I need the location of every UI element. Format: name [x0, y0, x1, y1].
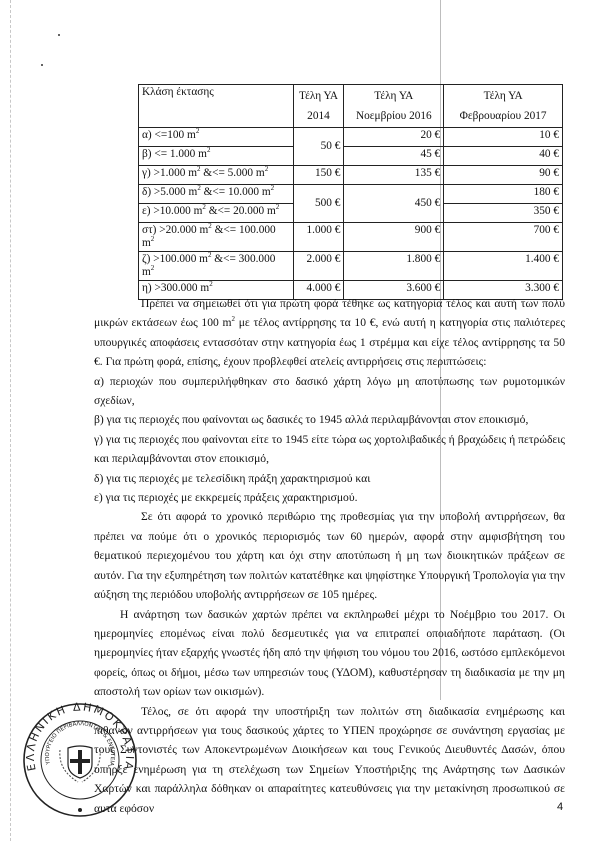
- cell-ya-2014: 1.000 €: [293, 223, 344, 252]
- list-item: ε) για τις περιοχές με εκκρεμείς πράξεις…: [94, 488, 565, 507]
- scan-edge-line: [10, 0, 11, 841]
- table-row: δ) >5.000 m2 &<= 10.000 m2 500 € 450 € 1…: [139, 185, 563, 204]
- header-ya-2014: Τέλη ΥΑ 2014: [293, 85, 344, 128]
- cell-class: α) <=100 m2: [139, 128, 294, 147]
- table-row: γ) >1.000 m2 &<= 5.000 m2 150 € 135 € 90…: [139, 166, 563, 185]
- table-row: στ) >20.000 m2 &<= 100.000 m2 1.000 € 90…: [139, 223, 563, 252]
- scan-speck: [58, 34, 60, 36]
- cell-ya-feb-2017: 700 €: [444, 223, 563, 252]
- official-stamp-icon: ΕΛΛΗΝΙΚΗ ΔΗΜΟΚΡΑΤΙΑ ΥΠΟΥΡΓΕΙΟ ΠΕΡΙΒΑΛΛΟΝ…: [20, 700, 140, 820]
- table-row: ζ) >100.000 m2 &<= 300.000 m2 2.000 € 1.…: [139, 252, 563, 281]
- cell-ya-2014: 2.000 €: [293, 252, 344, 281]
- list-item: β) για τις περιοχές που φαίνονται ως δασ…: [94, 410, 565, 429]
- cell-class: στ) >20.000 m2 &<= 100.000 m2: [139, 223, 294, 252]
- cell-ya-feb-2017: 180 €: [444, 185, 563, 204]
- fee-table-header-row: Κλάση έκτασης Τέλη ΥΑ 2014 Τέλη ΥΑ Νοεμβ…: [139, 85, 563, 128]
- header-ya-feb-2017: Τέλη ΥΑ Φεβρουαρίου 2017: [444, 85, 563, 128]
- cell-class: β) <= 1.000 m2: [139, 147, 294, 166]
- cell-ya-nov-2016: 900 €: [344, 223, 444, 252]
- cell-class: γ) >1.000 m2 &<= 5.000 m2: [139, 166, 294, 185]
- header-class: Κλάση έκτασης: [139, 85, 294, 128]
- page-number: 4: [557, 801, 563, 813]
- table-row: β) <= 1.000 m2 45 € 40 €: [139, 147, 563, 166]
- cell-ya-feb-2017: 90 €: [444, 166, 563, 185]
- cell-ya-2014: 150 €: [293, 166, 344, 185]
- paragraph-deadline: Σε ότι αφορά το χρονικό περιθώριο της πρ…: [94, 507, 565, 604]
- cell-ya-feb-2017: 40 €: [444, 147, 563, 166]
- paragraph-first-time-category: Πρέπει να σημειωθεί ότι για πρώτη φορά τ…: [94, 294, 565, 372]
- cell-ya-feb-2017: 10 €: [444, 128, 563, 147]
- cell-class: ζ) >100.000 m2 &<= 300.000 m2: [139, 252, 294, 281]
- body-text: Πρέπει να σημειωθεί ότι για πρώτη φορά τ…: [94, 294, 565, 818]
- paragraph-citizen-support: Τέλος, σε ότι αφορά την υποστήριξη των π…: [94, 702, 565, 818]
- cell-ya-nov-2016: 45 €: [344, 147, 444, 166]
- table-row: α) <=100 m2 50 € 20 € 10 €: [139, 128, 563, 147]
- fee-table: Κλάση έκτασης Τέλη ΥΑ 2014 Τέλη ΥΑ Νοεμβ…: [138, 84, 563, 300]
- cell-ya-feb-2017: 350 €: [444, 204, 563, 223]
- list-item: γ) για τις περιοχές που φαίνονται είτε τ…: [94, 430, 565, 469]
- coat-of-arms-icon: [60, 746, 100, 782]
- cell-class: ε) >10.000 m2 &<= 20.000 m2: [139, 204, 294, 223]
- cell-ya-nov-2016: 20 €: [344, 128, 444, 147]
- cell-ya-nov-2016: 450 €: [344, 185, 444, 223]
- header-ya-nov-2016: Τέλη ΥΑ Νοεμβρίου 2016: [344, 85, 444, 128]
- cell-ya-nov-2016: 1.800 €: [344, 252, 444, 281]
- paragraph-posting-deadline: Η ανάρτηση των δασικών χαρτών πρέπει να …: [94, 605, 565, 702]
- cell-ya-2014: 50 €: [293, 128, 344, 166]
- scan-speck: [41, 64, 43, 66]
- cell-ya-2014: 500 €: [293, 185, 344, 223]
- cell-ya-feb-2017: 1.400 €: [444, 252, 563, 281]
- cell-ya-nov-2016: 135 €: [344, 166, 444, 185]
- list-item: δ) για τις περιοχές με τελεσίδικη πράξη …: [94, 469, 565, 488]
- list-item: α) περιοχών που συμπεριλήφθηκαν στο δασι…: [94, 372, 565, 411]
- cell-class: δ) >5.000 m2 &<= 10.000 m2: [139, 185, 294, 204]
